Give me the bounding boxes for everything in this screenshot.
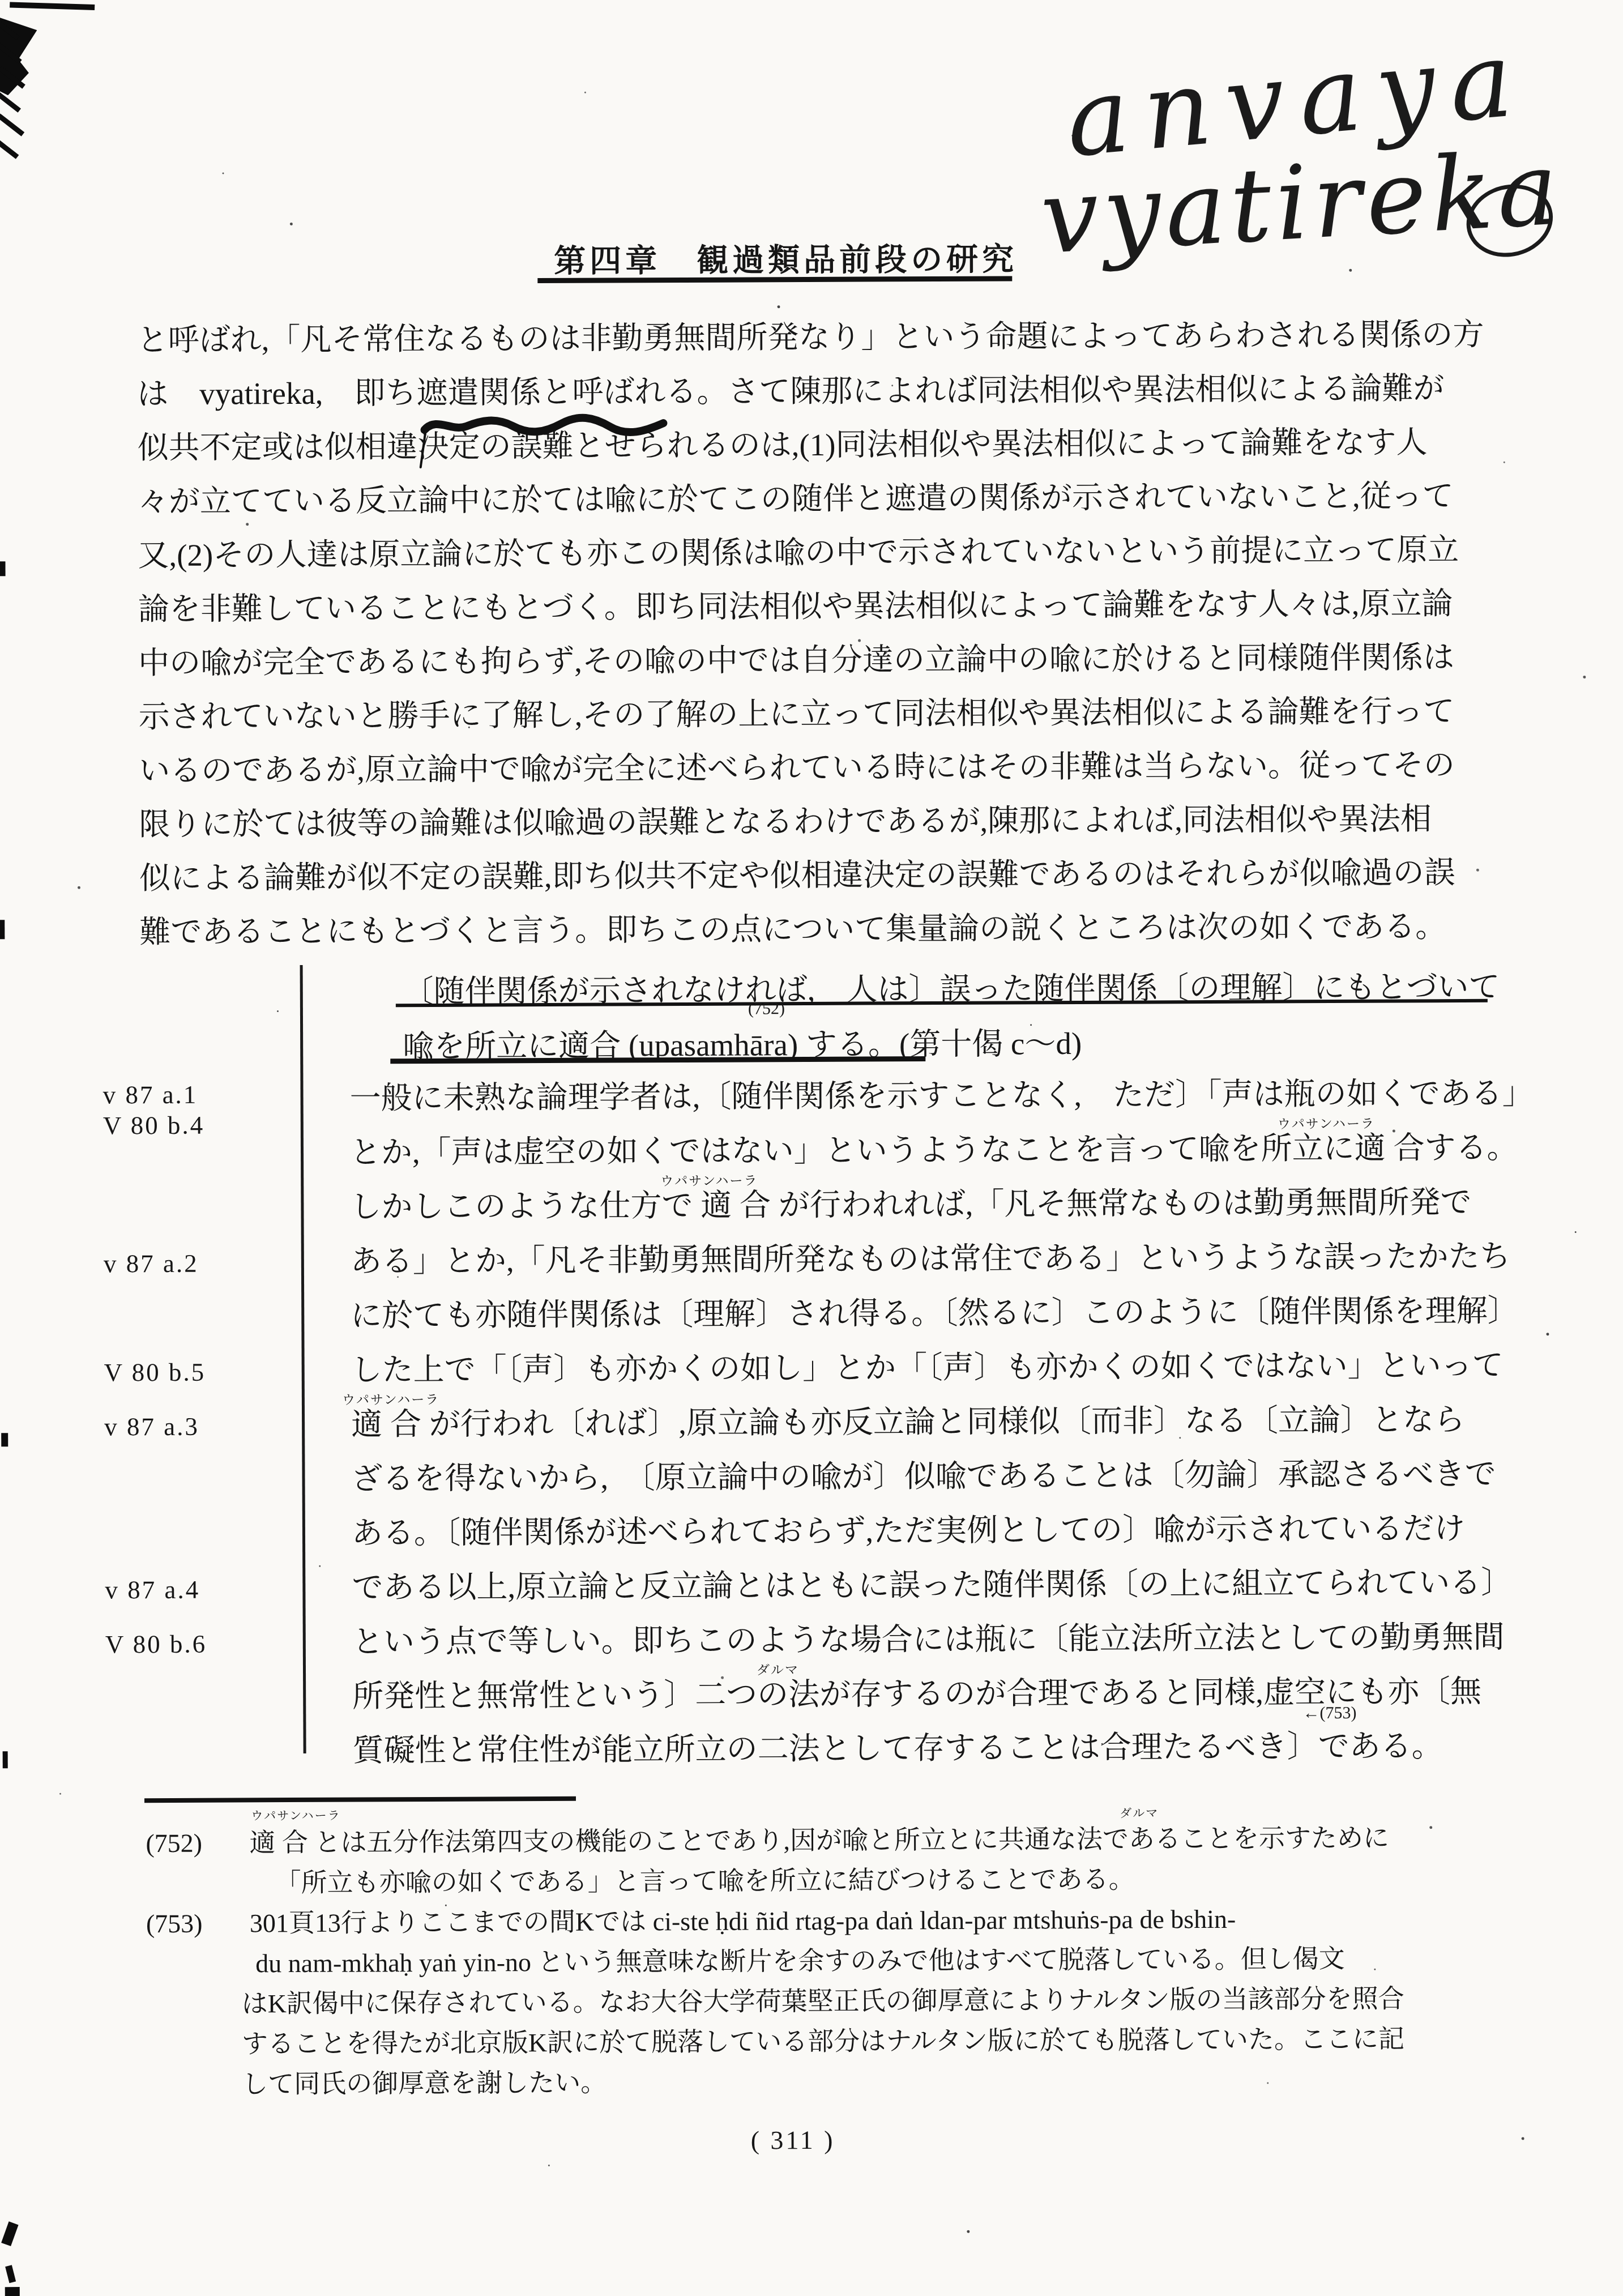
footnote-line: du nam-mkhaḥ yaṅ yin-no という無意味な断片を余すのみで他… (255, 1938, 1498, 1984)
margin-label: v 87 a.4 (105, 1575, 200, 1605)
scan-edge-mark (1, 1433, 8, 1446)
quote-vertical-rule (300, 965, 306, 1753)
body-line: 論を非難していることにもとづく。即ち同法相似や異法相似によって論難をなす人々は,… (138, 577, 1489, 636)
footnote-752-label: (752) (146, 1823, 202, 1863)
scan-edge-mark (0, 136, 19, 159)
footnote-ref-752: (752) (748, 999, 785, 1018)
footnote-ref-753: ←(753) (1302, 1704, 1356, 1723)
passage-line: しかしこのような仕方で 適 合 が行われれば,「凡そ無常なものは勤勇無間所発で (350, 1175, 1494, 1235)
ruby-upasamhara: ウパサンハーラ (660, 1170, 758, 1189)
body-line: 限りに於ては彼等の論難は似喩過の誤難となるわけであるが,陳那によれば,同法相似や… (139, 792, 1489, 851)
passage-line: ある。〔随伴関係が述べられておらず,ただ実例としての〕喩が示されているだけ (352, 1501, 1496, 1561)
margin-label: V 80 b.4 (103, 1111, 205, 1141)
scan-noise (222, 173, 224, 174)
footnotes: (752) (753) 適 合 とは五分作法第四支の機能のことであり,因が喩と所… (144, 1817, 1499, 2105)
margin-label: v 87 a.3 (104, 1412, 199, 1442)
quoted-passage: 一般に未熟な論理学者は,〔随伴関係を示すことなく, ただ〕「声は瓶の如くである」… (349, 1066, 1496, 1778)
scan-edge-mark (10, 2, 95, 11)
footnote-separator (144, 1796, 576, 1803)
passage-line: に於ても亦随伴関係は〔理解〕され得る。〔然るに〕このように〔随伴関係を理解〕 (351, 1284, 1494, 1343)
footnote-line: 301頁13行よりここまでの間Kでは ci-ste ḥdi ñid rtag-p… (250, 1898, 1498, 1944)
chapter-heading: 第四章 観過類品前段の研究 (554, 234, 1018, 281)
body-line: 中の喩が完全であるにも拘らず,その喩の中では自分達の立論中の喩に於けると同様随伴… (138, 630, 1489, 690)
body-line: 似による論難が似不定の誤難,即ち似共不定や似相違決定の誤難であるのはそれらが似喩… (139, 846, 1490, 905)
passage-line: という点で等しい。即ちこのような場合には瓶に〔能立法所立法としての勤勇無間 (352, 1610, 1496, 1670)
body-line: 難であることにもとづくと言う。即ちこの点について集量論の説くところは次の如くであ… (139, 899, 1490, 959)
margin-label: V 80 b.6 (105, 1629, 207, 1659)
ruby-dharma: ダルマ (757, 1659, 799, 1678)
footnote-line: 「所立も亦喩の如くである」と言って喩を所立に結びつけることである。 (275, 1858, 1498, 1903)
body-line: 又,(2)その人達は原立論に於ても亦この関係は喩の中で示されていないという前提に… (138, 523, 1488, 582)
body-line: いるのであるが,原立論中で喩が完全に述べられている時にはその非難は当らない。従っ… (139, 738, 1489, 797)
ruby-upasamhara: ウパサンハーラ (1278, 1113, 1375, 1133)
body-line: 示されていないと勝手に了解し,その了解の上に立って同法相似や異法相似による論難を… (138, 684, 1489, 744)
passage-line: した上で「〔声〕も亦かくの如し」とか「〔声〕も亦かくの如くではない」といって (351, 1338, 1494, 1398)
margin-label: v 87 a.2 (104, 1249, 199, 1279)
footnote-line: することを得たが北京版K訳に於て脱落している部分はナルタン版に於ても脱落していた… (242, 2018, 1499, 2064)
page-content: anvaya vyatireka 第四章 観過類品前段の研究 と呼ばれ,「凡そ常… (0, 0, 1623, 2296)
scan-edge-mark (0, 90, 21, 113)
passage-line: 適 合 が行われ〔れば〕,原立論も亦反立論と同様似〔而非〕なる〔立論〕となら (351, 1393, 1495, 1452)
scan-edge-mark (0, 561, 6, 576)
body-line: は vyatireka, 即ち遮遣関係と呼ばれる。さて陳那によれば同法相似や異法… (137, 361, 1488, 421)
page-number: ( 311 ) (751, 2125, 835, 2156)
ruby-upasamhara: ウパサンハーラ (342, 1389, 439, 1409)
scan-edge-mark (5, 2287, 20, 2296)
body-line: 々が立てている反立論中に於ては喩に於てこの随伴と遮遣の関係が示されていないこと,… (138, 469, 1488, 528)
footnote-753-label: (753) (146, 1904, 203, 1944)
main-paragraph: と呼ばれ,「凡そ常住なるものは非勤勇無間所発なり」という命題によってあらわされる… (137, 308, 1490, 959)
scan-edge-mark (1, 2221, 18, 2246)
footnote-line: して同氏の御厚意を謝したい。 (242, 2059, 1499, 2105)
margin-label: v 87 a.1 (102, 1080, 198, 1110)
scan-edge-mark (3, 1751, 8, 1768)
scanned-page: { "handwriting": { "line1": "anvaya", "l… (0, 0, 1623, 2296)
scan-edge-mark (5, 2265, 16, 2283)
body-line: と呼ばれ,「凡そ常住なるものは非勤勇無間所発なり」という命題によってあらわされる… (137, 308, 1488, 367)
footnote-line: 適 合 とは五分作法第四支の機能のことであり,因が喩と所立とに共通な法であること… (249, 1817, 1498, 1863)
ruby-upasamhara: ウパサンハーラ (251, 1807, 341, 1824)
handwritten-wavy-underline (418, 409, 668, 473)
scan-edge-mark (0, 114, 24, 136)
passage-line: 質礙性と常住性が能立所立の二法として存することは合理たるべき〕である。 (352, 1719, 1496, 1778)
margin-label: V 80 b.5 (104, 1358, 206, 1388)
footnote-line: はK訳偈中に保存されている。なお大谷大学荷葉堅正氏の御厚意によりナルタン版の当該… (241, 1978, 1498, 2024)
passage-line: である以上,原立論と反立論とはともに誤った随伴関係〔の上に組立てられている〕 (352, 1556, 1496, 1615)
body-line: 似共不定或は似相違決定の誤難とせられるのは,(1)同法相似や異法相似によって論難… (137, 415, 1488, 475)
passage-line: ざるを得ないから, 〔原立論中の喩が〕似喩であることは〔勿論〕承認さるべきで (351, 1447, 1495, 1507)
passage-line: ある」とか,「凡そ非勤勇無間所発なものは常住である」というような誤ったかたち (351, 1230, 1494, 1289)
scan-edge-mark (0, 920, 5, 939)
